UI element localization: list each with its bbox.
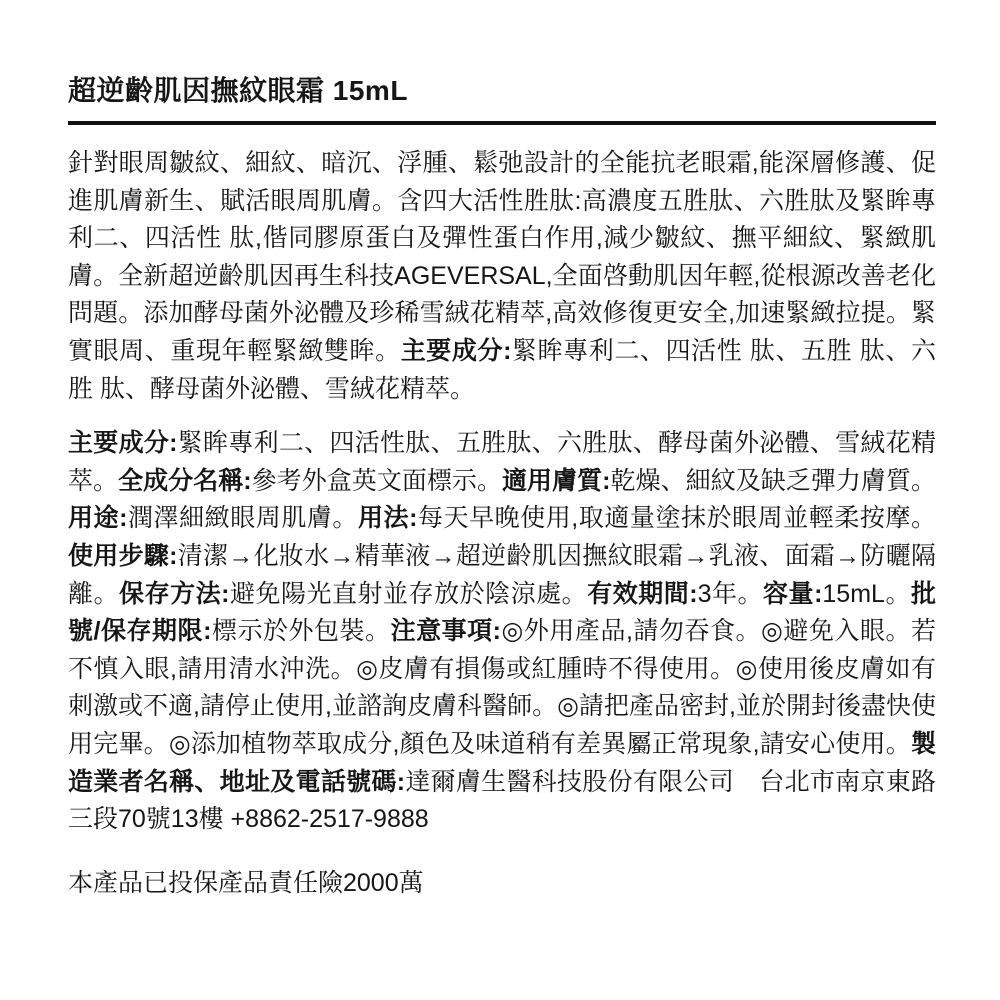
product-info-page: 超逆齡肌因撫紋眼霜 15mL 針對眼周皺紋、細紋、暗沉、浮腫、鬆弛設計的全能抗老… (0, 0, 1000, 1000)
field-text: 針對眼周皺紋、細紋、暗沉、浮腫、鬆弛設計的全能抗老眼霜,能深層修護、促進肌膚新生… (68, 149, 936, 365)
field-label: 用途: (68, 504, 127, 532)
field-text: 3年。 (698, 580, 763, 608)
title-divider (68, 121, 936, 125)
field-label: 用法: (358, 504, 417, 532)
field-text: 潤澤細緻眼周肌膚。 (127, 504, 358, 532)
field-label: 主要成分: (68, 429, 177, 457)
product-description: 針對眼周皺紋、細紋、暗沉、浮腫、鬆弛設計的全能抗老眼霜,能深層修護、促進肌膚新生… (68, 145, 936, 408)
field-label: 保存方法: (119, 580, 229, 608)
field-text: 每天早晚使用,取適量塗抹於眼周並輕柔按摩。 (417, 504, 936, 532)
field-text: 標示於外包裝。 (211, 617, 390, 645)
insurance-note: 本產品已投保產品責任險2000萬 (68, 865, 936, 903)
field-label: 使用步驟: (68, 542, 177, 570)
product-title: 超逆齡肌因撫紋眼霜 15mL (68, 74, 936, 108)
field-text: 避免陽光直射並存放於陰涼處。 (229, 580, 587, 608)
field-label: 注意事項: (391, 617, 501, 645)
field-text: 參考外盒英文面標示。 (252, 467, 502, 495)
field-label: 適用膚質: (502, 467, 610, 495)
field-label: 容量: (763, 580, 822, 608)
field-text: 15mL。 (822, 580, 911, 608)
field-label: 有效期間: (587, 580, 697, 608)
field-label: 主要成分: (401, 337, 512, 365)
field-label: 全成分名稱: (118, 467, 252, 495)
field-text: 乾燥、細紋及缺乏彈力膚質。 (611, 467, 936, 495)
product-details: 主要成分:緊眸專利二、四活性肽、五胜肽、六胜肽、酵母菌外泌體、雪絨花精萃。全成分… (68, 425, 936, 839)
